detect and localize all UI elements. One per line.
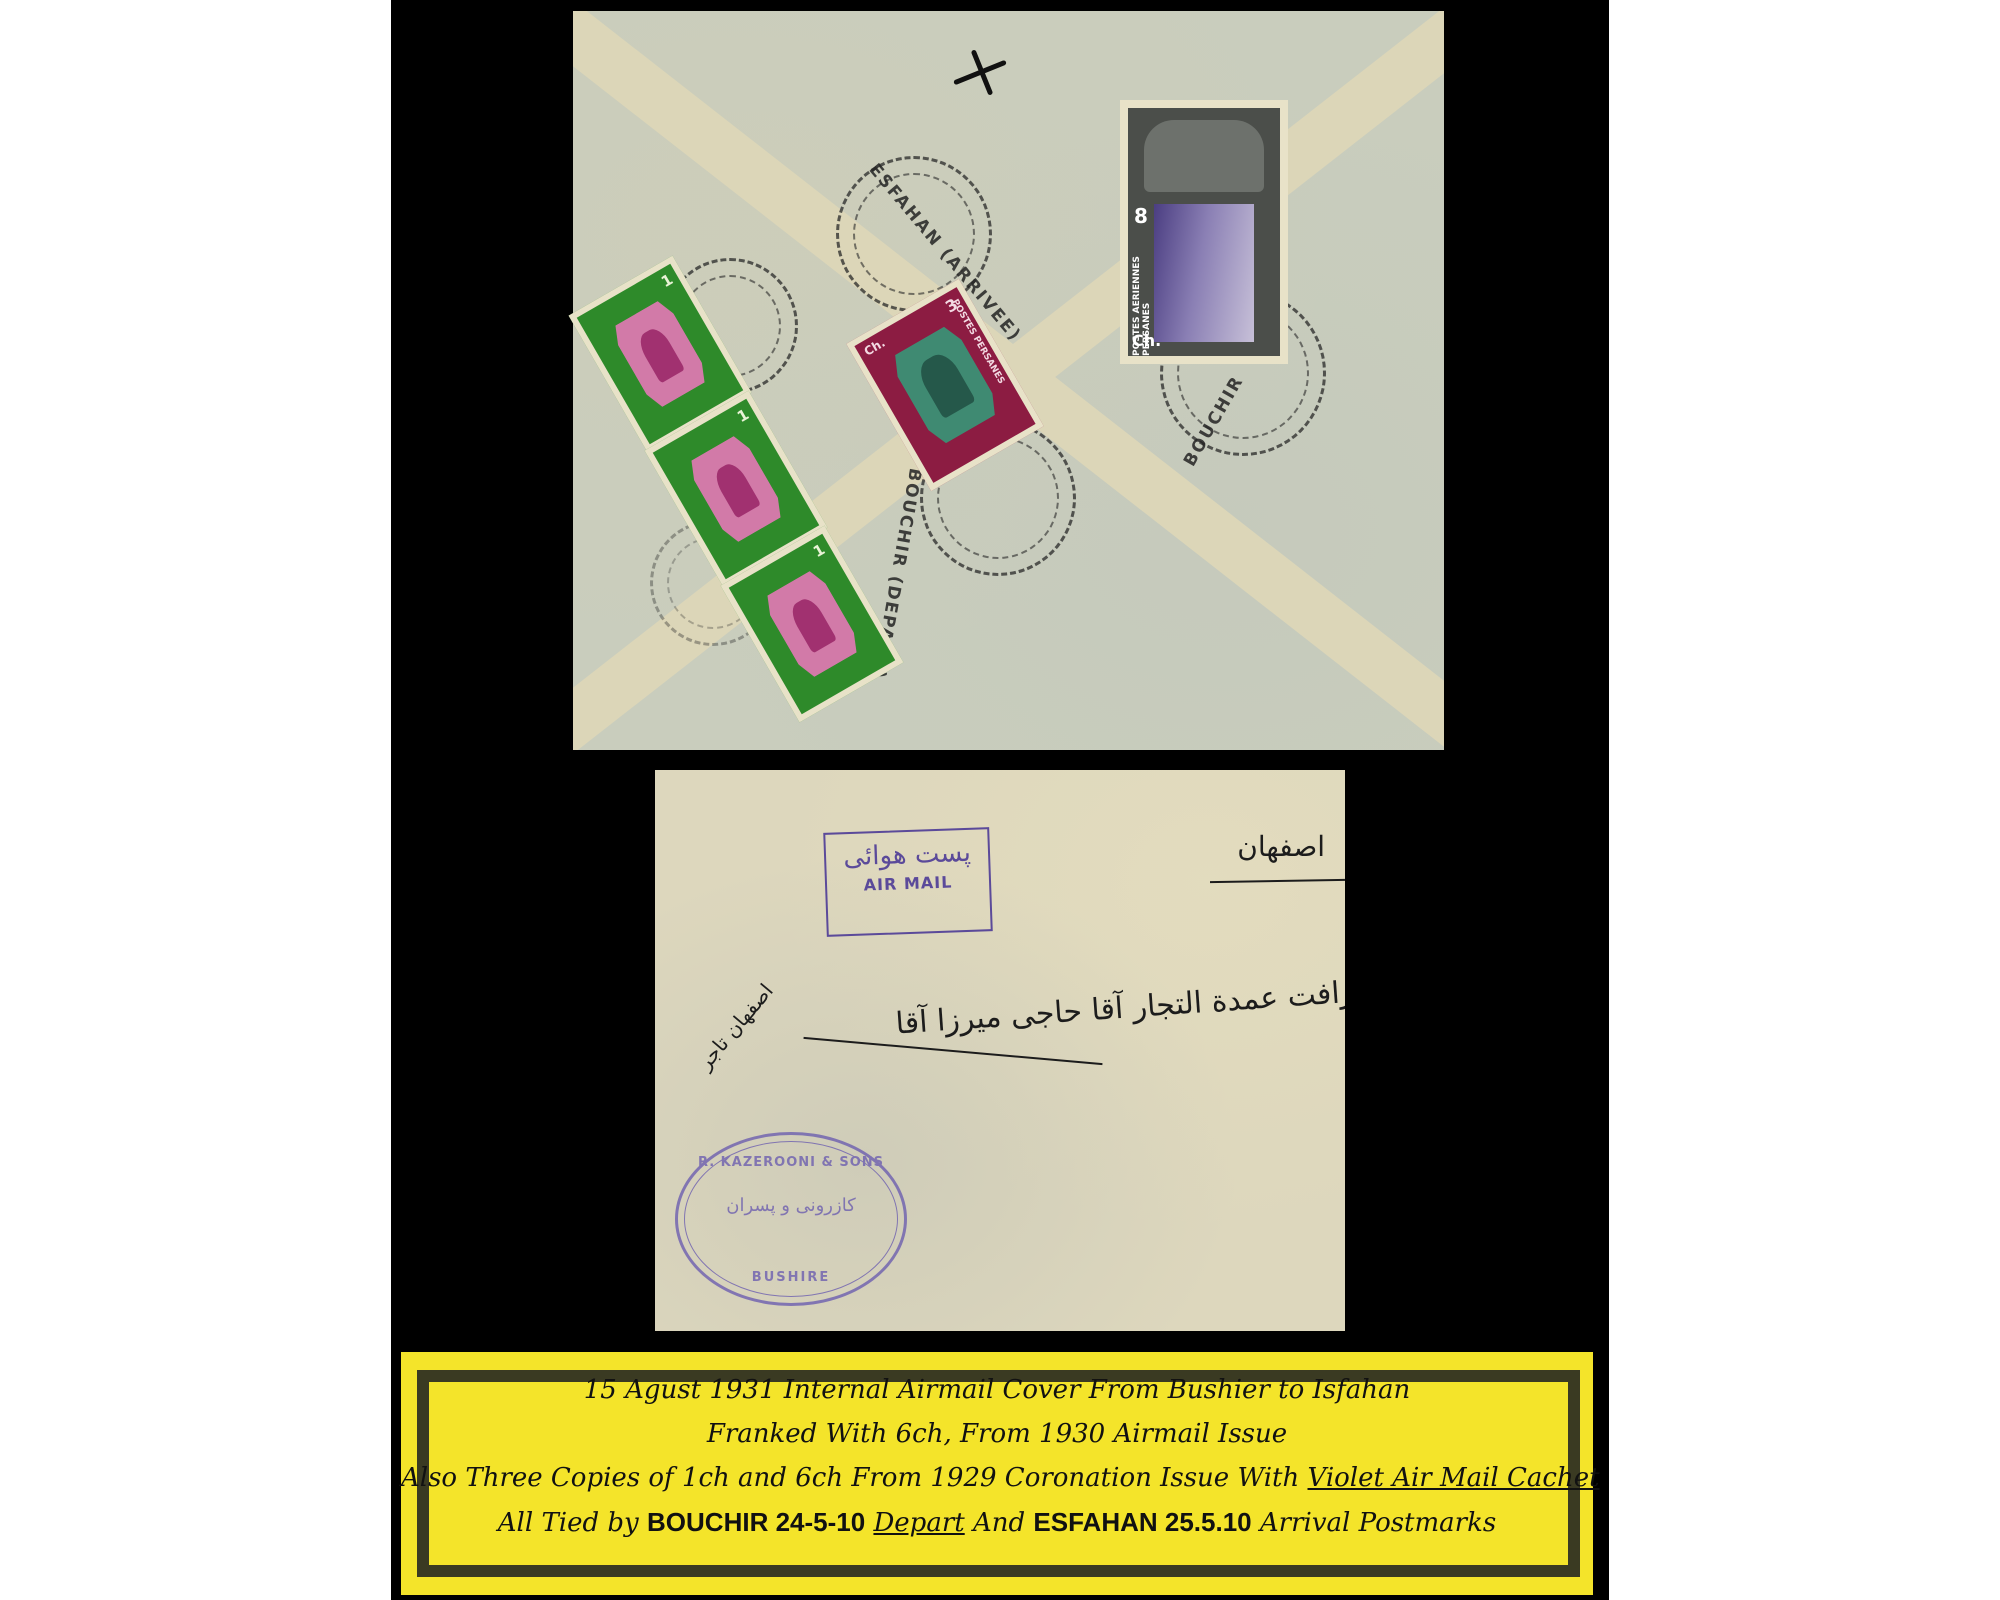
caption-text: Also Three Copies of 1ch and 6ch From 19… xyxy=(401,1463,1308,1493)
arrival-postmark-label: ESFAHAN 25.5.10 xyxy=(1033,1507,1251,1537)
caption-text: All Tied by xyxy=(498,1508,647,1538)
caption-line-4: All Tied by BOUCHIR 24-5-10 Depart And E… xyxy=(401,1500,1593,1545)
shah-portrait xyxy=(609,297,711,410)
stamp-value: 1 xyxy=(658,270,676,291)
sender-city: BUSHIRE xyxy=(678,1270,904,1285)
stamp-value: 1 xyxy=(810,540,828,561)
stamp-unit: Ch. xyxy=(862,336,888,359)
stamp-value: 1 xyxy=(734,405,752,426)
shah-portrait xyxy=(887,322,1002,447)
caption-label: 15 Agust 1931 Internal Airmail Cover Fro… xyxy=(401,1352,1593,1595)
air-mail-cachet: پست هوائی AIR MAIL xyxy=(823,827,993,937)
airmail-stamp-8ch: 8 Ch. POSTES AERIENNES PERSANES xyxy=(1120,100,1288,364)
shah-portrait xyxy=(685,432,787,545)
caption-underlined-text: Violet Air Mail Cachet xyxy=(1308,1463,1600,1493)
destination-text: اصفهان xyxy=(1237,830,1325,863)
pen-cross-mark xyxy=(948,42,1008,102)
cachet-english-text: AIR MAIL xyxy=(827,871,990,896)
caption-line-3: Also Three Copies of 1ch and 6ch From 19… xyxy=(401,1456,1593,1500)
caption-line-2: Franked With 6ch, From 1930 Airmail Issu… xyxy=(401,1412,1593,1456)
shah-portrait xyxy=(761,567,863,680)
depart-postmark-label: BOUCHIR 24-5-10 xyxy=(647,1507,865,1537)
airplane-scene xyxy=(1154,204,1254,342)
stamp-inscription: POSTES AERIENNES PERSANES xyxy=(1132,228,1152,356)
stamp-value: 8 xyxy=(1134,204,1148,228)
caption-text: Depart xyxy=(873,1508,964,1538)
shah-portrait xyxy=(1144,120,1264,192)
caption-line-1: 15 Agust 1931 Internal Airmail Cover Fro… xyxy=(401,1368,1593,1412)
sender-handstamp: R. KAZEROONI & SONS کازرونی و پسران BUSH… xyxy=(675,1132,907,1306)
caption-text: Arrival Postmarks xyxy=(1252,1508,1497,1538)
cachet-persian-text: پست هوائی xyxy=(826,837,989,873)
sender-persian: کازرونی و پسران xyxy=(678,1195,904,1216)
caption-text: And xyxy=(965,1508,1034,1538)
sender-name: R. KAZEROONI & SONS xyxy=(678,1155,904,1170)
envelope-front: پست هوائی AIR MAIL اصفهان خدمت ذی شرافت … xyxy=(655,770,1345,1331)
